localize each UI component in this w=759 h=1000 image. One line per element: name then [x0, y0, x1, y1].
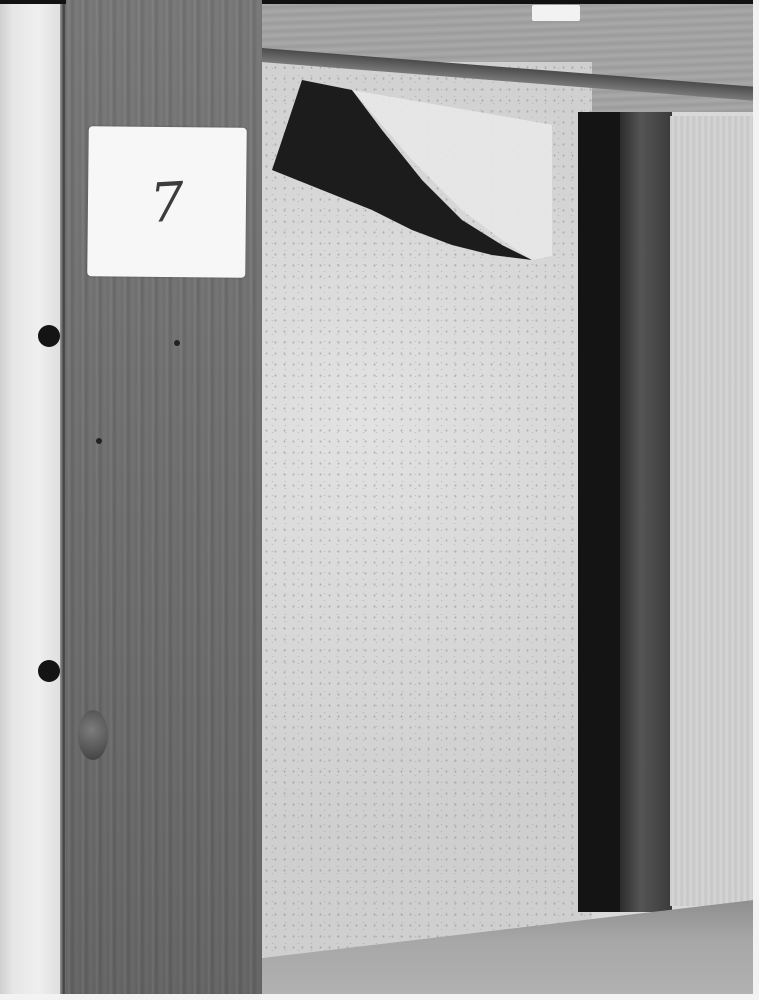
- punch-hole: [38, 660, 60, 682]
- label-number: 7: [148, 170, 186, 235]
- label-card: 7: [87, 126, 247, 278]
- shadow-gap: [578, 112, 626, 912]
- bottom-border: [0, 994, 759, 1000]
- nail-hole: [96, 438, 102, 444]
- torn-shadow: [262, 70, 552, 270]
- top-tag: [532, 5, 580, 21]
- photograph: 7: [0, 0, 759, 1000]
- paper-strip: [0, 0, 64, 1000]
- right-board: [670, 116, 754, 906]
- right-border: [753, 0, 759, 1000]
- middle-stile: [620, 112, 672, 912]
- punch-hole: [38, 325, 60, 347]
- nail-head: [78, 710, 108, 760]
- nail-hole: [174, 340, 180, 346]
